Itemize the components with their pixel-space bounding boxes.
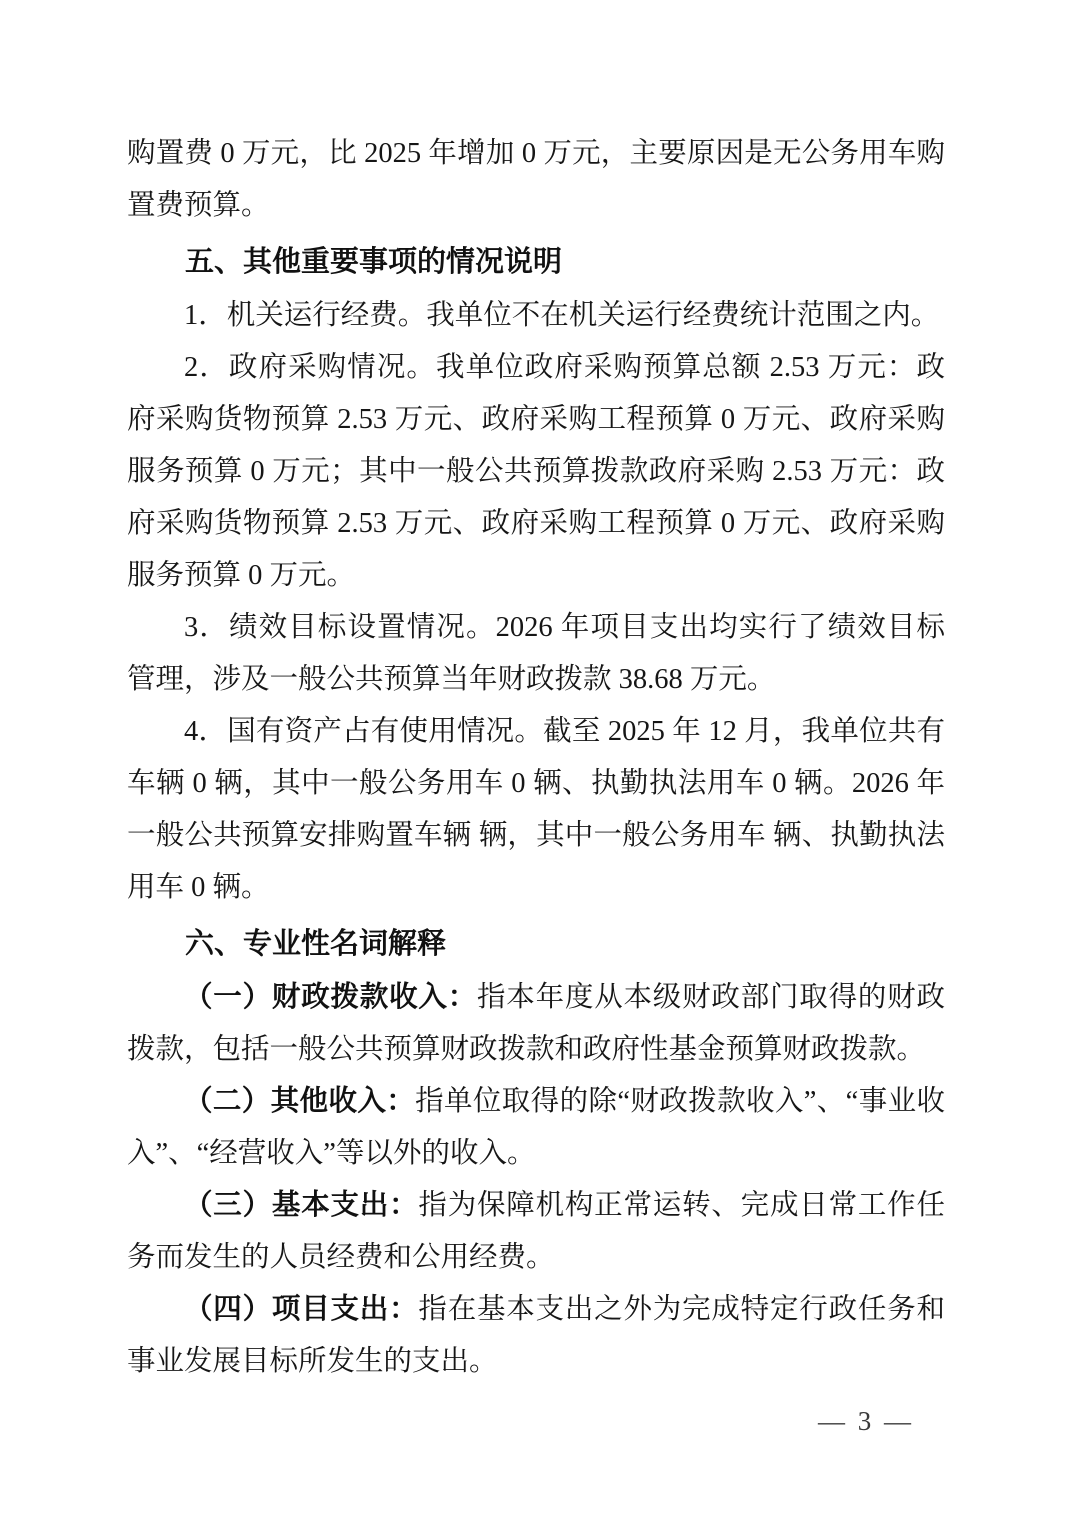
document-body: 购置费 0 万元，比 2025 年增加 0 万元，主要原因是无公务用车购置费预算…	[127, 128, 945, 1388]
term-label: （三）基本支出：	[184, 1190, 418, 1221]
paragraph: 1．机关运行经费。我单位不在机关运行经费统计范围之内。	[127, 290, 945, 342]
page-number: — 3 —	[818, 1406, 914, 1437]
term-label: （二）其他收入：	[184, 1086, 415, 1117]
section-heading: 六、专业性名词解释	[127, 918, 945, 970]
term-label: （一）财政拨款收入：	[184, 982, 477, 1013]
document-page: 购置费 0 万元，比 2025 年增加 0 万元，主要原因是无公务用车购置费预算…	[0, 0, 1074, 1520]
paragraph: 4．国有资产占有使用情况。截至 2025 年 12 月，我单位共有车辆 0 辆，…	[127, 706, 945, 914]
paragraph: 购置费 0 万元，比 2025 年增加 0 万元，主要原因是无公务用车购置费预算…	[127, 128, 945, 232]
paragraph: （四）项目支出：指在基本支出之外为完成特定行政任务和事业发展目标所发生的支出。	[127, 1284, 945, 1388]
paragraph: （二）其他收入：指单位取得的除“财政拨款收入”、“事业收入”、“经营收入”等以外…	[127, 1076, 945, 1180]
paragraph: （三）基本支出：指为保障机构正常运转、完成日常工作任务而发生的人员经费和公用经费…	[127, 1180, 945, 1284]
paragraph: 3．绩效目标设置情况。2026 年项目支出均实行了绩效目标管理，涉及一般公共预算…	[127, 602, 945, 706]
paragraph: 2．政府采购情况。我单位政府采购预算总额 2.53 万元：政府采购货物预算 2.…	[127, 342, 945, 602]
term-label: （四）项目支出：	[184, 1294, 418, 1325]
paragraph: （一）财政拨款收入：指本年度从本级财政部门取得的财政拨款，包括一般公共预算财政拨…	[127, 972, 945, 1076]
section-heading: 五、其他重要事项的情况说明	[127, 236, 945, 288]
